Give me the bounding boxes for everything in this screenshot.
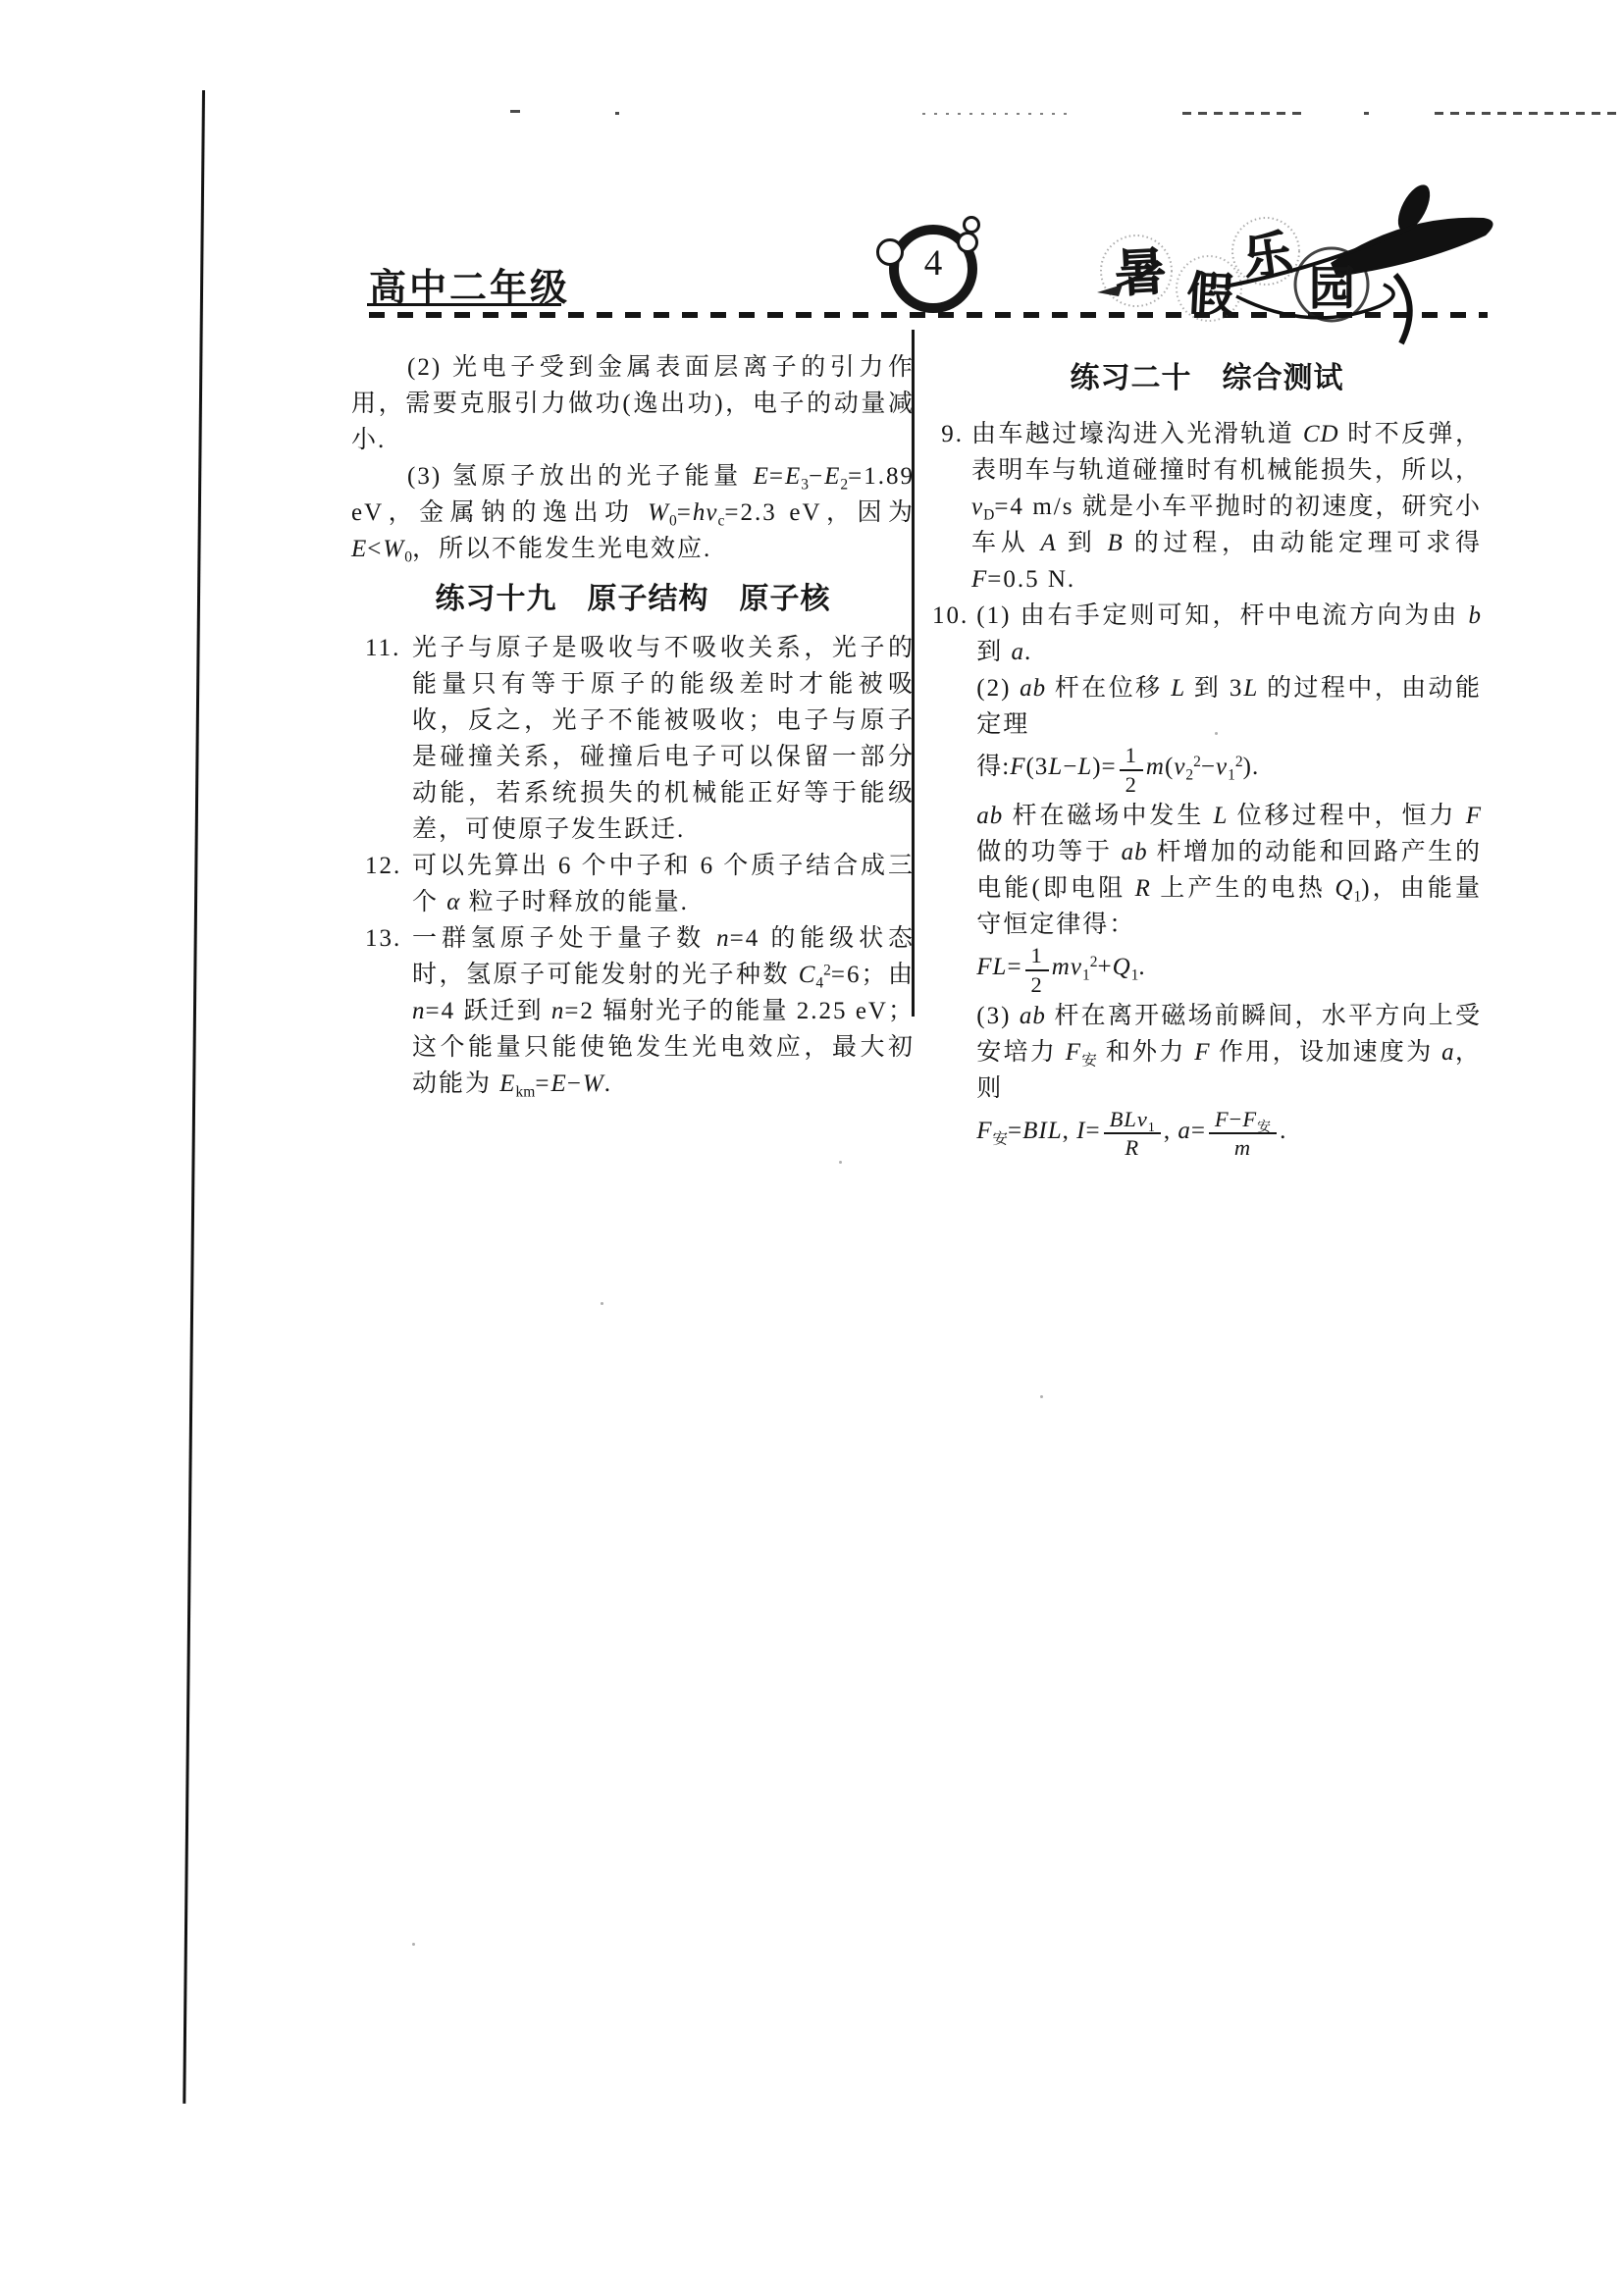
item-body: (1) 由右手定则可知，杆中电流方向为由 b 到 a. (2) ab 杆在位移 … <box>976 598 1482 1161</box>
logo-swoosh <box>1225 226 1415 287</box>
logo-char: 暑 <box>1114 244 1168 303</box>
right-column: 练习二十 综合测试 9. 由车越过壕沟进入光滑轨道 CD 时不反弹，表明车与轨道… <box>932 349 1482 1161</box>
scan-noise <box>922 113 1070 115</box>
formula-work-energy: 得:F(3L−L)=12m(v22−v12). <box>976 743 1482 798</box>
scan-speck <box>1040 1395 1043 1398</box>
answer-item-12: 12. 可以先算出 6 个中子和 6 个质子结合成三个 α 粒子时释放的能量. <box>365 848 915 920</box>
scan-speck <box>839 1161 842 1164</box>
answer-item-9: 9. 由车越过壕沟进入光滑轨道 CD 时不反弹，表明车与轨道碰撞时有机械能损失，… <box>932 416 1482 598</box>
item-number: 13. <box>365 920 412 1102</box>
item-number: 12. <box>365 848 412 920</box>
page-number: 4 <box>899 242 968 285</box>
answer-item-13: 13. 一群氢原子处于量子数 n=4 的能级状态时，氢原子可能发射的光子种数 C… <box>365 920 915 1102</box>
logo-halo <box>1232 218 1299 285</box>
item-number: 10. <box>932 598 976 1161</box>
item-number: 11. <box>365 630 412 848</box>
answer-part-2-intro: (2) ab 杆在位移 L 到 3L 的过程中，由动能定理 <box>976 670 1482 743</box>
logo-swoosh <box>1331 218 1493 277</box>
scan-noise <box>1182 112 1305 115</box>
scan-noise <box>1364 112 1369 115</box>
exercise-19-title: 练习十九 原子结构 原子核 <box>351 584 915 615</box>
scan-noise <box>510 110 520 113</box>
scan-speck <box>412 1943 415 1946</box>
scan-speck <box>601 1302 603 1305</box>
answer-paragraph: (2) 光电子受到金属表面层离子的引力作用，需要克服引力做功(逸出功)，电子的动… <box>351 349 915 458</box>
answer-part-2-text: ab 杆在磁场中发生 L 位移过程中，恒力 F 做的功等于 ab 杆增加的动能和… <box>976 798 1482 943</box>
logo-circle <box>1295 248 1368 321</box>
answer-item-10: 10. (1) 由右手定则可知，杆中电流方向为由 b 到 a. (2) ab 杆… <box>932 598 1482 1161</box>
badge-bubble-icon <box>957 232 978 253</box>
header-dashed-rule <box>369 312 1488 318</box>
item-body: 可以先算出 6 个中子和 6 个质子结合成三个 α 粒子时释放的能量. <box>412 848 915 920</box>
left-column: (2) 光电子受到金属表面层离子的引力作用，需要克服引力做功(逸出功)，电子的动… <box>351 349 915 1102</box>
logo-swoosh <box>1395 275 1410 343</box>
answer-part-3: (3) ab 杆在离开磁场前瞬间，水平方向上受安培力 F安 和外力 F 作用，设… <box>976 998 1482 1107</box>
logo-swoosh <box>1097 285 1123 296</box>
formula-energy-conservation: FL=12mv12+Q1. <box>976 943 1482 998</box>
exercise-20-title: 练习二十 综合测试 <box>932 363 1482 394</box>
logo-char: 园 <box>1309 264 1355 315</box>
formula-ampere-force: F安=BIL, I=BLv1R, a=F−F安m. <box>976 1107 1482 1162</box>
item-body: 光子与原子是吸收与不吸收关系，光子的能量只有等于原子的能级差时才能被吸收，反之，… <box>412 630 915 848</box>
logo-char: 乐 <box>1239 225 1296 287</box>
item-body: 由车越过壕沟进入光滑轨道 CD 时不反弹，表明车与轨道碰撞时有机械能损失，所以，… <box>971 416 1482 598</box>
answer-part-1: (1) 由右手定则可知，杆中电流方向为由 b 到 a. <box>976 598 1482 670</box>
logo-halo <box>1101 235 1172 306</box>
item-body: 一群氢原子处于量子数 n=4 的能级状态时，氢原子可能发射的光子种数 C42=6… <box>412 920 915 1102</box>
grade-underline <box>367 303 561 306</box>
answer-item-11: 11. 光子与原子是吸收与不吸收关系，光子的能量只有等于原子的能级差时才能被吸收… <box>365 630 915 848</box>
badge-bubble-icon <box>963 216 980 234</box>
page-spine-line <box>183 90 205 2104</box>
badge-bubble-icon <box>876 238 904 266</box>
answer-paragraph: (3) 氢原子放出的光子能量 E=E3−E2=1.89 eV，金属钠的逸出功 W… <box>351 458 915 567</box>
scan-noise <box>615 112 619 115</box>
item-number: 9. <box>932 416 971 598</box>
scanned-workbook-page: 高中二年级 4 暑 假 乐 园 (2) 光电子受到金属表面层离子的引力作用，需要… <box>0 0 1623 2296</box>
scan-noise <box>1435 112 1623 115</box>
logo-swoosh <box>1391 180 1437 235</box>
